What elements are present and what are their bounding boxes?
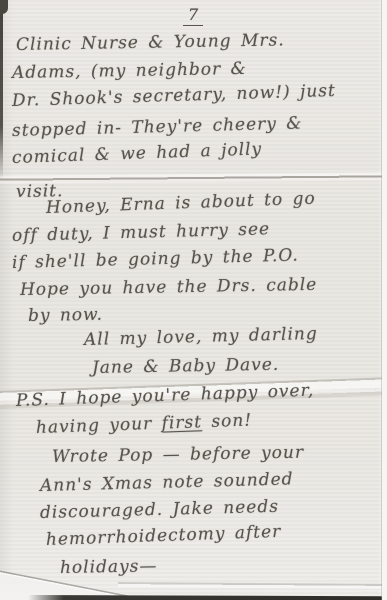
- letter-line: Adams, (my neighbor &: [12, 59, 247, 83]
- letter-line: hemorrhoidectomy after: [46, 522, 282, 550]
- letter-closing-line: All my love, my darling: [84, 324, 318, 350]
- letter-line: off duty, I must hurry see: [12, 219, 271, 246]
- letter-line: Clinic Nurse & Young Mrs.: [16, 30, 285, 55]
- letter-line: Honey, Erna is about to go: [46, 189, 316, 218]
- letter-line: discouraged. Jake needs: [40, 497, 279, 523]
- letter-line: Ann's Xmas note sounded: [40, 469, 294, 496]
- letter-postscript-line: having your first son!: [36, 410, 253, 438]
- scan-edge-top-left-corner: [0, 0, 8, 14]
- letter-line: comical & we had a jolly: [12, 139, 263, 168]
- scan-edge-left: [0, 0, 3, 180]
- letter-line: stopped in- They're cheery &: [12, 113, 303, 141]
- letter-line: if she'll be going by the P.O.: [12, 245, 299, 273]
- letter-line: holidays—: [60, 556, 158, 578]
- line-segment: son!: [202, 410, 253, 432]
- underlined-word: first: [161, 412, 202, 433]
- letter-line: Dr. Shook's secretary, now!) just: [12, 81, 336, 111]
- paper-edge-right: [380, 0, 387, 600]
- page-number: 7: [183, 5, 203, 26]
- letter-line: Wrote Pop — before your: [52, 443, 304, 467]
- scan-edge-bottom: [28, 595, 387, 600]
- letter-signature-line: Jane & Baby Dave.: [92, 355, 280, 378]
- line-segment: having your: [36, 414, 162, 438]
- fold-crease-bottom: [118, 582, 387, 589]
- letter-line: by now.: [28, 305, 103, 326]
- letter-line: Hope you have the Drs. cable: [20, 275, 318, 300]
- letter-page: 7 Clinic Nurse & Young Mrs. Adams, (my n…: [0, 0, 387, 600]
- letter-postscript-line: P.S. I hope you're happy over,: [16, 381, 315, 411]
